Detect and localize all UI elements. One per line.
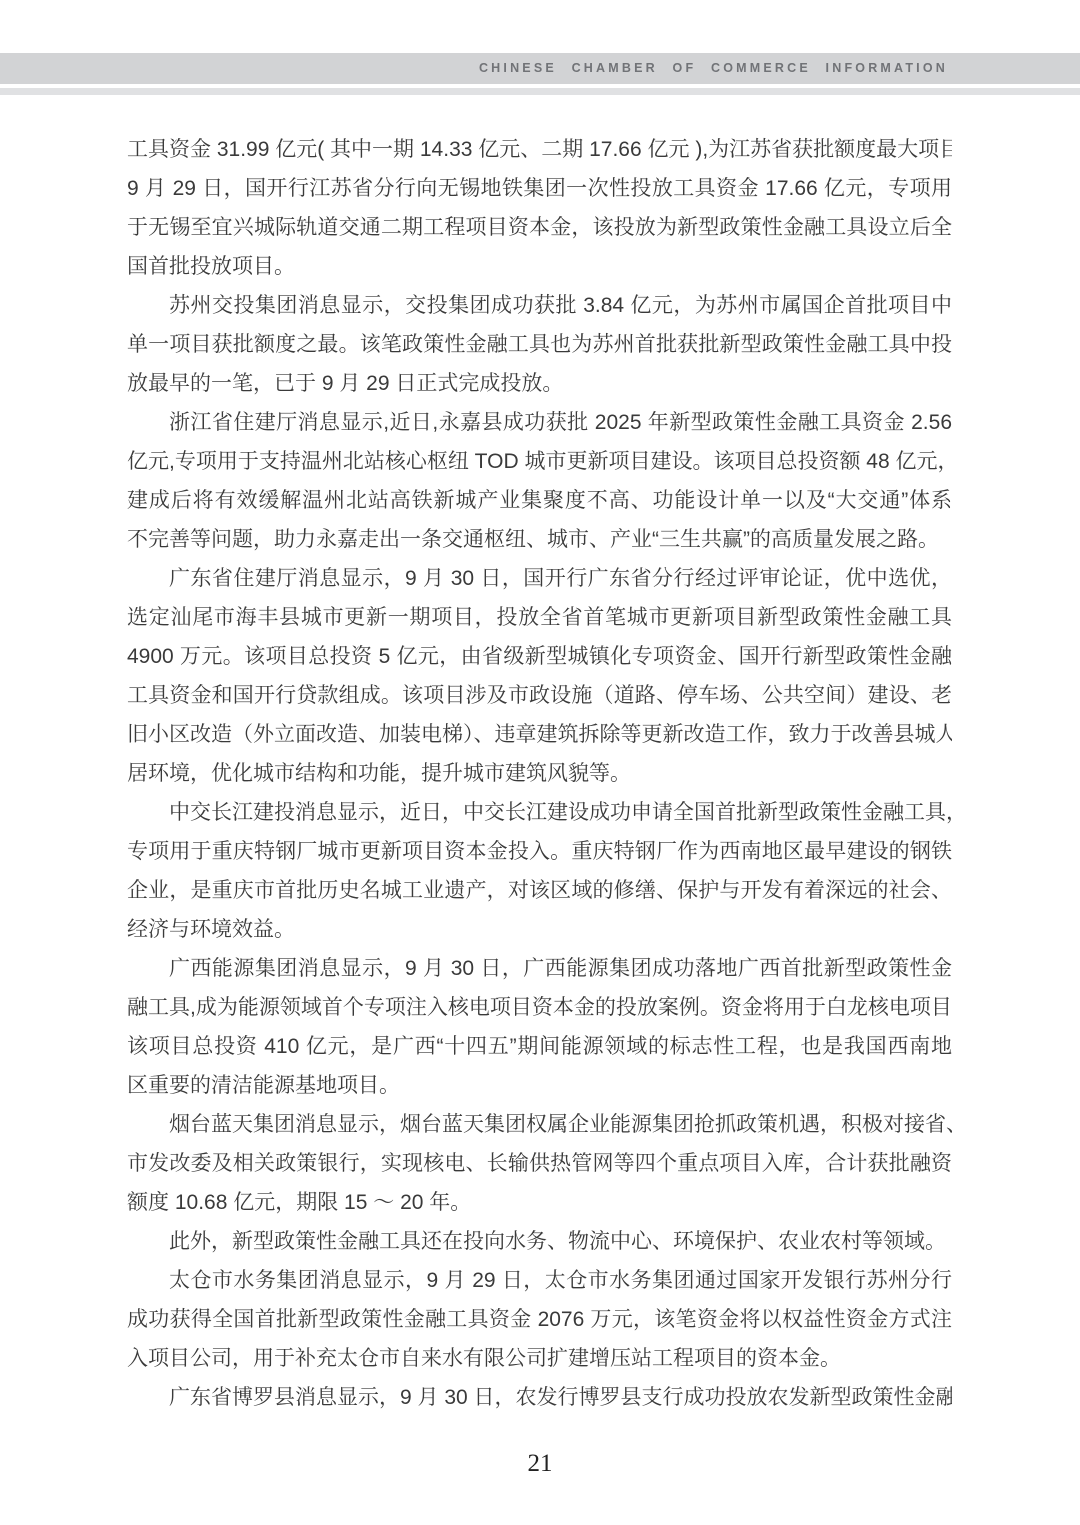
text-line: 融工具,成为能源领域首个专项注入核电项目资本金的投放案例。资金将用于白龙核电项目… (127, 988, 952, 1027)
text-line: 广西能源集团消息显示，9 月 30 日，广西能源集团成功落地广西首批新型政策性金 (127, 949, 952, 988)
text-line: 入项目公司，用于补充太仓市自来水有限公司扩建增压站工程项目的资本金。 (127, 1339, 952, 1378)
paragraph: 此外，新型政策性金融工具还在投向水务、物流中心、环境保护、农业农村等领域。 (127, 1222, 952, 1261)
text-line: 区重要的清洁能源基地项目。 (127, 1066, 952, 1105)
text-line: 工具资金 31.99 亿元( 其中一期 14.33 亿元、二期 17.66 亿元… (127, 130, 952, 169)
text-line: 亿元,专项用于支持温州北站核心枢纽 TOD 城市更新项目建设。该项目总投资额 4… (127, 442, 952, 481)
text-line: 不完善等问题，助力永嘉走出一条交通枢纽、城市、产业“三生共赢”的高质量发展之路。 (127, 520, 952, 559)
paragraph: 广西能源集团消息显示，9 月 30 日，广西能源集团成功落地广西首批新型政策性金… (127, 949, 952, 1105)
text-line: 企业，是重庆市首批历史名城工业遗产，对该区域的修缮、保护与开发有着深远的社会、 (127, 871, 952, 910)
paragraph: 广东省博罗县消息显示，9 月 30 日，农发行博罗县支行成功投放农发新型政策性金… (127, 1378, 952, 1417)
paragraph: 广东省住建厅消息显示，9 月 30 日，国开行广东省分行经过评审论证，优中选优，… (127, 559, 952, 793)
header-banner-text: CHINESE CHAMBER OF COMMERCE INFORMATION (0, 53, 1080, 84)
text-line: 该项目总投资 410 亿元，是广西“十四五”期间能源领域的标志性工程，也是我国西… (127, 1027, 952, 1066)
text-line: 此外，新型政策性金融工具还在投向水务、物流中心、环境保护、农业农村等领域。 (127, 1222, 952, 1261)
text-line: 烟台蓝天集团消息显示，烟台蓝天集团权属企业能源集团抢抓政策机遇，积极对接省、 (127, 1105, 952, 1144)
text-line: 9 月 29 日，国开行江苏省分行向无锡地铁集团一次性投放工具资金 17.66 … (127, 169, 952, 208)
text-line: 国首批投放项目。 (127, 247, 952, 286)
text-line: 单一项目获批额度之最。该笔政策性金融工具也为苏州首批获批新型政策性金融工具中投 (127, 325, 952, 364)
text-line: 苏州交投集团消息显示，交投集团成功获批 3.84 亿元，为苏州市属国企首批项目中 (127, 286, 952, 325)
header-banner: CHINESE CHAMBER OF COMMERCE INFORMATION (0, 53, 1080, 84)
text-line: 居环境，优化城市结构和功能，提升城市建筑风貌等。 (127, 754, 952, 793)
text-line: 于无锡至宜兴城际轨道交通二期工程项目资本金，该投放为新型政策性金融工具设立后全 (127, 208, 952, 247)
text-line: 4900 万元。该项目总投资 5 亿元，由省级新型城镇化专项资金、国开行新型政策… (127, 637, 952, 676)
page-number: 21 (0, 1450, 1080, 1478)
paragraph: 浙江省住建厅消息显示,近日,永嘉县成功获批 2025 年新型政策性金融工具资金 … (127, 403, 952, 559)
text-line: 选定汕尾市海丰县城市更新一期项目，投放全省首笔城市更新项目新型政策性金融工具 (127, 598, 952, 637)
text-line: 中交长江建投消息显示，近日，中交长江建设成功申请全国首批新型政策性金融工具， (127, 793, 952, 832)
paragraph: 工具资金 31.99 亿元( 其中一期 14.33 亿元、二期 17.66 亿元… (127, 130, 952, 286)
text-line: 市发改委及相关政策银行，实现核电、长输供热管网等四个重点项目入库，合计获批融资 (127, 1144, 952, 1183)
paragraph: 苏州交投集团消息显示，交投集团成功获批 3.84 亿元，为苏州市属国企首批项目中… (127, 286, 952, 403)
document-page: CHINESE CHAMBER OF COMMERCE INFORMATION … (0, 0, 1080, 1525)
header-banner-accent-bar (0, 88, 1080, 95)
paragraph: 中交长江建投消息显示，近日，中交长江建设成功申请全国首批新型政策性金融工具，专项… (127, 793, 952, 949)
text-line: 工具资金和国开行贷款组成。该项目涉及市政设施（道路、停车场、公共空间）建设、老 (127, 676, 952, 715)
text-line: 广东省博罗县消息显示，9 月 30 日，农发行博罗县支行成功投放农发新型政策性金… (127, 1378, 952, 1417)
text-line: 建成后将有效缓解温州北站高铁新城产业集聚度不高、功能设计单一以及“大交通”体系 (127, 481, 952, 520)
text-line: 经济与环境效益。 (127, 910, 952, 949)
text-line: 专项用于重庆特钢厂城市更新项目资本金投入。重庆特钢厂作为西南地区最早建设的钢铁 (127, 832, 952, 871)
text-line: 成功获得全国首批新型政策性金融工具资金 2076 万元，该笔资金将以权益性资金方… (127, 1300, 952, 1339)
paragraph: 烟台蓝天集团消息显示，烟台蓝天集团权属企业能源集团抢抓政策机遇，积极对接省、市发… (127, 1105, 952, 1222)
paragraph: 太仓市水务集团消息显示，9 月 29 日，太仓市水务集团通过国家开发银行苏州分行… (127, 1261, 952, 1378)
text-line: 广东省住建厅消息显示，9 月 30 日，国开行广东省分行经过评审论证，优中选优， (127, 559, 952, 598)
text-line: 旧小区改造（外立面改造、加装电梯）、违章建筑拆除等更新改造工作，致力于改善县城人 (127, 715, 952, 754)
document-body: 工具资金 31.99 亿元( 其中一期 14.33 亿元、二期 17.66 亿元… (127, 130, 952, 1417)
text-line: 浙江省住建厅消息显示,近日,永嘉县成功获批 2025 年新型政策性金融工具资金 … (127, 403, 952, 442)
text-line: 放最早的一笔，已于 9 月 29 日正式完成投放。 (127, 364, 952, 403)
text-line: 额度 10.68 亿元，期限 15 ～ 20 年。 (127, 1183, 952, 1222)
text-line: 太仓市水务集团消息显示，9 月 29 日，太仓市水务集团通过国家开发银行苏州分行 (127, 1261, 952, 1300)
